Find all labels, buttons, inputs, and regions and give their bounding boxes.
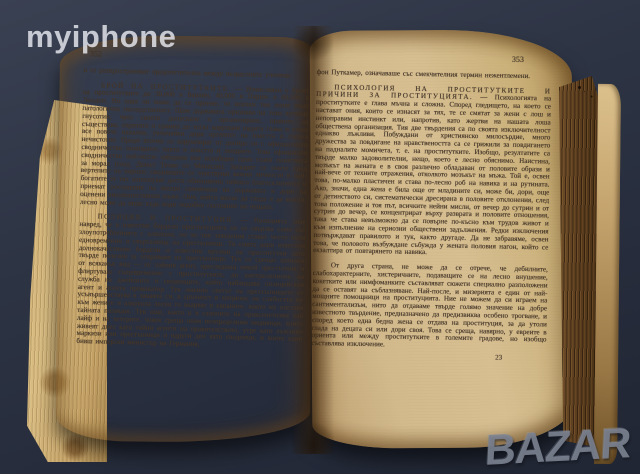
paper-specks bbox=[578, 86, 581, 89]
left-paragraph-continuation: и се разпространяват предпочтително межд… bbox=[83, 67, 309, 81]
photographer-watermark: myiphone bbox=[26, 19, 176, 55]
left-paragraph-police-prostitution: ПОЛИЦИЯ И ПРОСТИТУЦИЯ. — Полицията знае … bbox=[76, 213, 305, 351]
left-page-text: 352 и се разпространяват предпочтително … bbox=[76, 50, 310, 352]
paragraph-text: — Полицията знае навред, че в известни б… bbox=[76, 217, 305, 349]
right-paragraph-psychology: ПСИХОЛОГИЯ НА ПРОСТИТУТКИТЕ И ПРИЧИНИ ЗА… bbox=[313, 84, 551, 260]
photo-background: 352 и се разпространяват предпочтително … bbox=[0, 0, 640, 474]
paragraph-text: — Изчисляван е броят на проститутките до… bbox=[80, 85, 309, 211]
right-page-number: 353 bbox=[317, 52, 552, 64]
right-paragraph-other-causes: От друга страна, не може да се отрече, ч… bbox=[311, 262, 548, 352]
paragraph-text: — Психологията на проститутките е глава … bbox=[313, 94, 551, 257]
paragraph-text: и се разпространяват предпочтително межд… bbox=[83, 66, 292, 79]
left-paragraph-prostitute-count: БРОЙ НА ПРОСТИТУТКИТЕ. — Изчисляван е бр… bbox=[80, 82, 309, 213]
right-page-text: 353 фон Путкамер, означаваше със смекчит… bbox=[311, 52, 552, 363]
back-cover-edge bbox=[594, 84, 621, 464]
right-paragraph-continuation: фон Путкамер, означаваше със смекчителни… bbox=[317, 69, 552, 81]
paragraph-text: фон Путкамер, означаваше със смекчителни… bbox=[317, 68, 531, 80]
bazar-logo-watermark: BAZAR bbox=[483, 419, 631, 474]
paragraph-text: От друга страна, не може да се отрече, ч… bbox=[311, 261, 548, 348]
